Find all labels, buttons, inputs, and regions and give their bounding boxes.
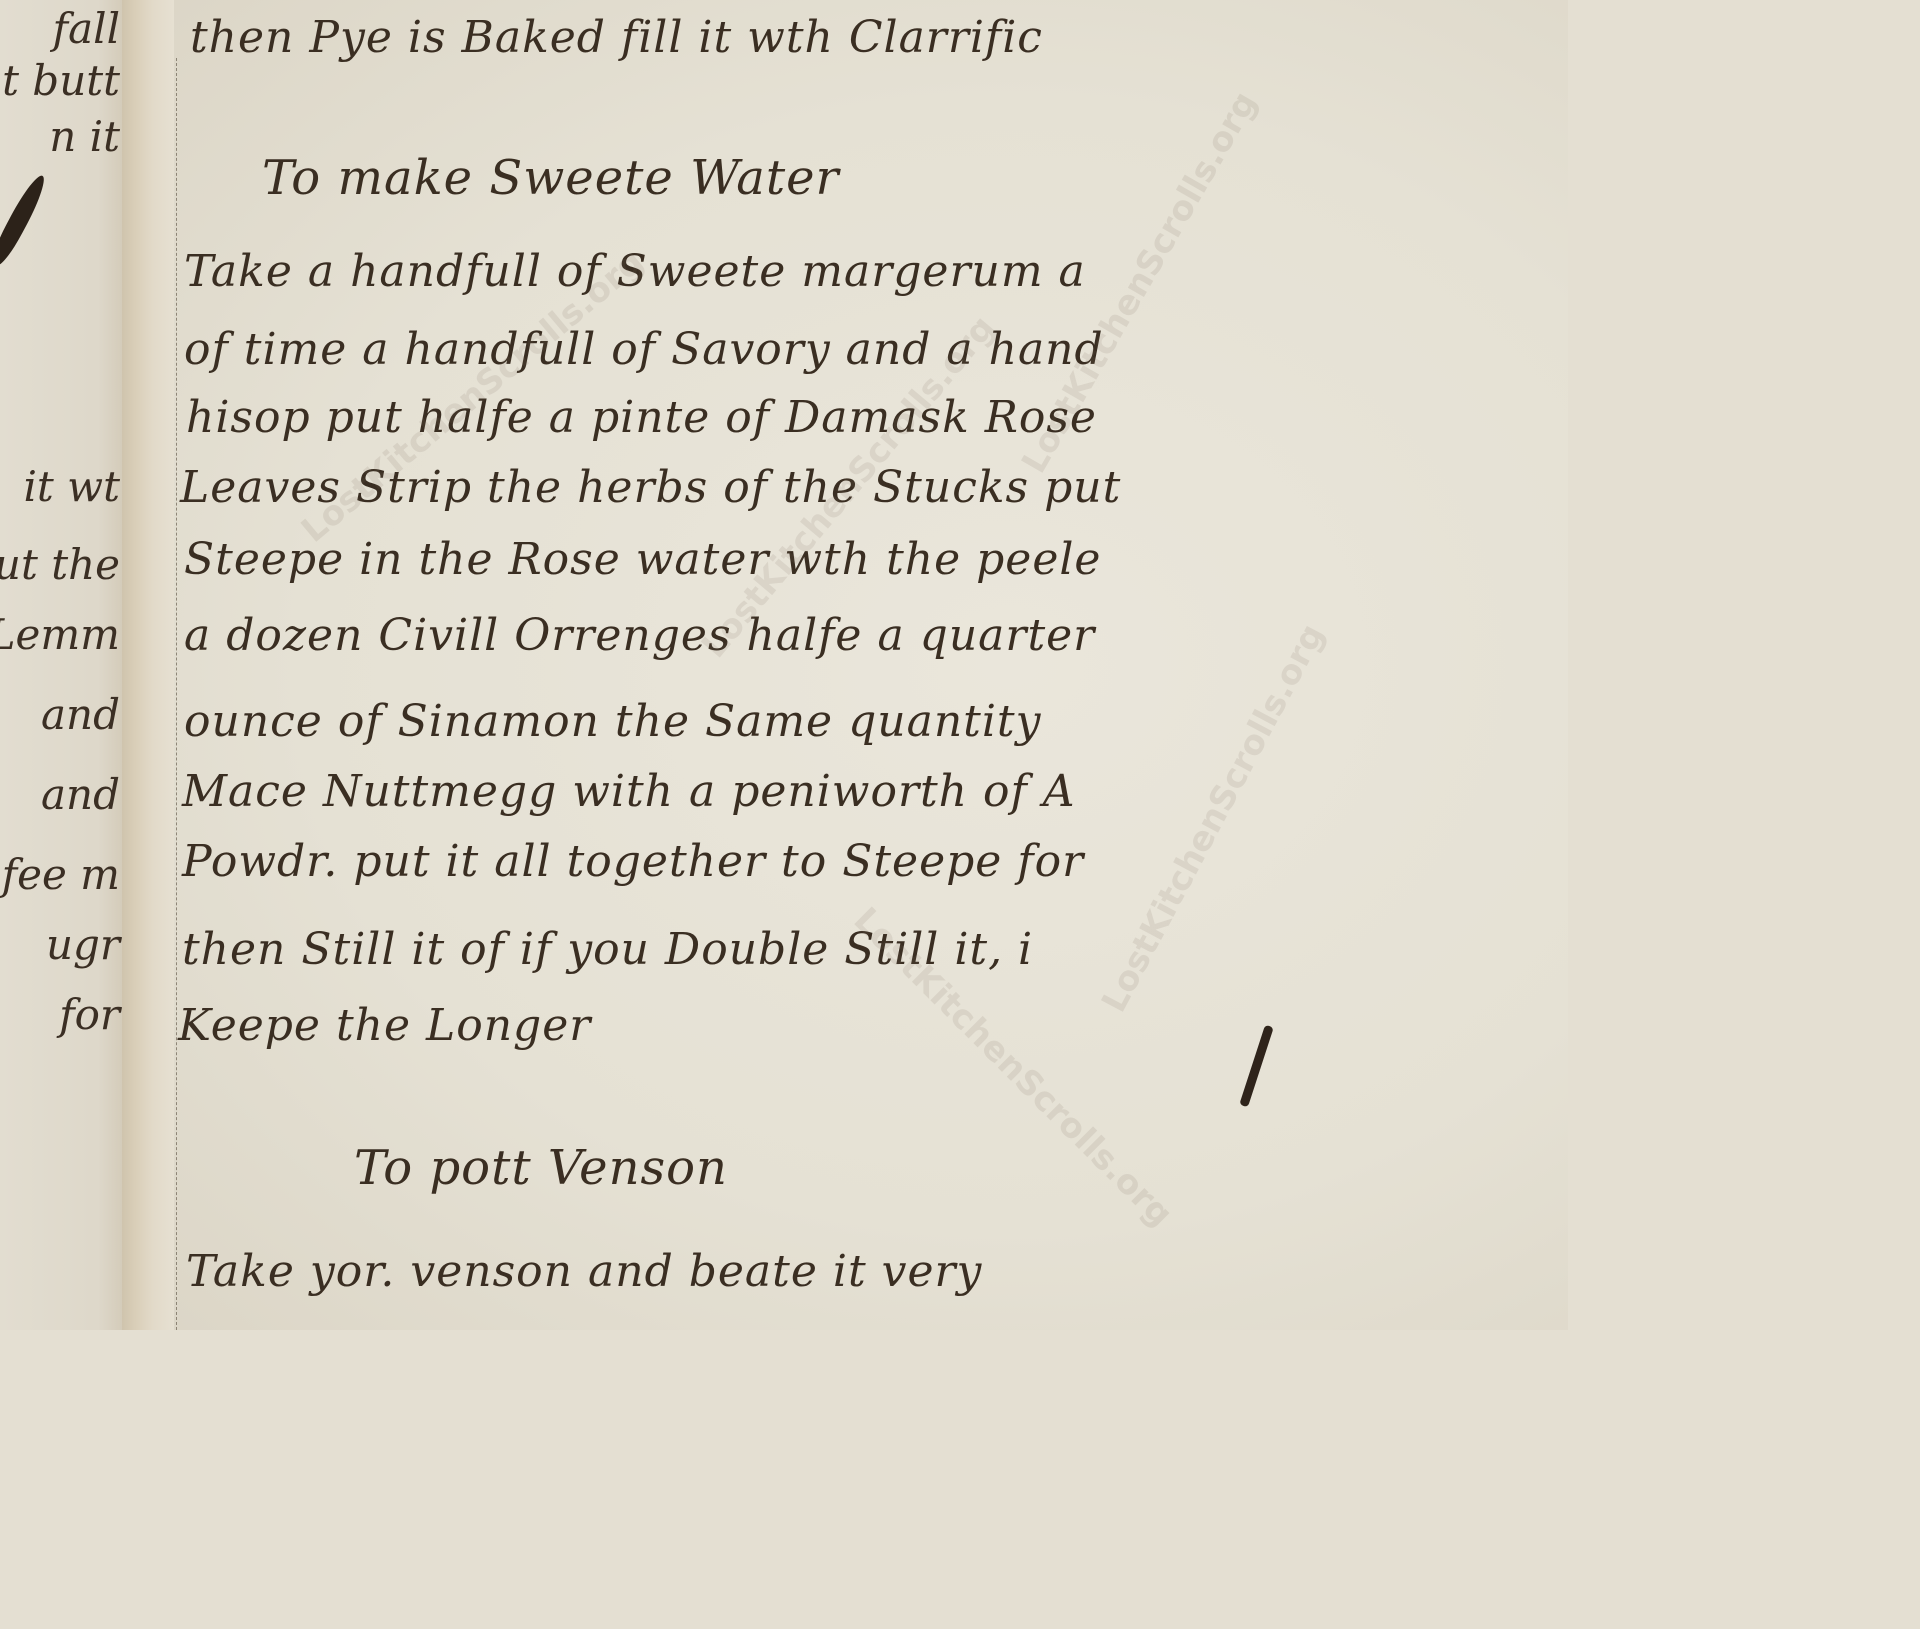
recipe-line: Steepe in the Rose water wth the peele — [184, 538, 1101, 582]
continuation-line: then Pye is Baked fill it wth Clarrific — [190, 16, 1043, 60]
recipe-line: Keepe the Longer — [178, 1004, 591, 1048]
left-page-line: and — [41, 690, 120, 739]
margin-rule — [176, 58, 177, 1330]
manuscript-page: then Pye is Baked fill it wth Clarrific … — [174, 0, 1568, 1330]
recipe-line: Mace Nuttmegg with a peniworth of A — [182, 770, 1076, 814]
left-page-line: it butt — [0, 56, 120, 105]
recipe-line: Take a handfull of Sweete margerum a — [184, 250, 1086, 294]
ink-blot — [0, 172, 50, 269]
left-page-line: it wt — [24, 462, 121, 511]
left-page-line: ugr — [46, 920, 120, 969]
left-page-line: fee m — [2, 850, 120, 899]
left-page-line: fall — [53, 4, 120, 53]
left-page-line: Lemm — [0, 610, 120, 659]
recipe-line: Leaves Strip the herbs of the Stucks put — [180, 466, 1121, 510]
recipe-line: Powdr. put it all together to Steepe for — [182, 840, 1084, 884]
recipe-title: To make Sweete Water — [262, 150, 839, 206]
left-page-line: n it — [49, 112, 120, 161]
closing-flourish — [1239, 1025, 1274, 1108]
recipe-line: a dozen Civill Orrenges halfe a quarter — [184, 614, 1095, 658]
recipe-line: of time a handfull of Savory and a hand — [184, 328, 1104, 372]
recipe-line: hisop put halfe a pinte of Damask Rose — [186, 396, 1097, 440]
recipe-line: ounce of Sinamon the Same quantity — [184, 700, 1041, 744]
book-gutter — [122, 0, 174, 1330]
watermark: LostKitchenScrolls.org — [1094, 618, 1333, 1019]
left-page-line: and — [41, 770, 120, 819]
recipe-line: Take yor. venson and beate it very — [186, 1250, 982, 1294]
recipe-line: then Still it of if you Double Still it,… — [182, 928, 1033, 972]
previous-page-fragment: fall it butt n it it wt put the Lemm and… — [0, 0, 122, 1330]
left-page-line: put the — [0, 540, 120, 589]
recipe-title: To pott Venson — [354, 1140, 728, 1196]
left-page-line: for — [59, 990, 120, 1039]
